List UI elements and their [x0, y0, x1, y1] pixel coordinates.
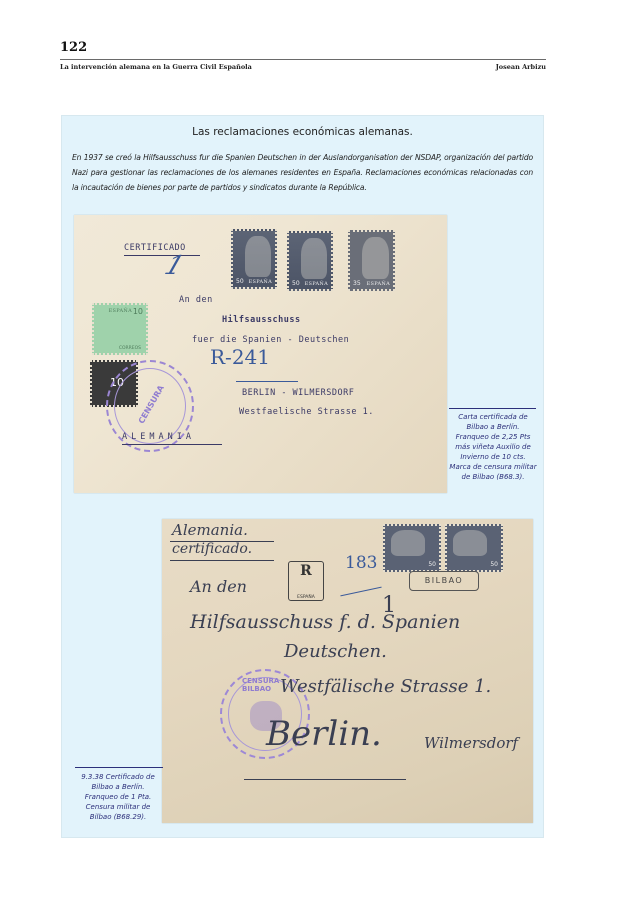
- running-title: La intervención alemana en la Guerra Civ…: [60, 63, 252, 71]
- stamp-country: ESPAÑA: [305, 281, 328, 287]
- stamp-isabel-50: 50: [445, 524, 503, 572]
- envelope-image-2: Alemania. certificado. R ESPAÑA 183 50 5…: [162, 519, 533, 823]
- hand-line-3: Deutschen.: [284, 641, 387, 662]
- stamp-value: 50: [292, 280, 300, 287]
- stamp-country: ESPAÑA: [367, 281, 390, 287]
- stamp-value: 50: [428, 561, 436, 568]
- envelope-image-1: CERTIFICADO 1 50 ESPAÑA 50 ESPAÑA 35 ESP…: [74, 215, 447, 493]
- stamp-label: CORREOS: [119, 346, 141, 351]
- typed-line-4: BERLIN - WILMERSDORF: [242, 388, 354, 398]
- typed-line-3: fuer die Spanien - Deutschen: [192, 335, 349, 345]
- underline: [170, 560, 274, 561]
- bilbao-postmark: BILBAO: [409, 571, 479, 591]
- stamp-country: ESPAÑA: [249, 279, 272, 285]
- stamp-portrait-icon: [301, 238, 327, 279]
- typed-country: ALEMANIA: [122, 432, 195, 442]
- underline: [124, 255, 200, 256]
- stamp-isabel-35: 35 ESPAÑA: [348, 230, 395, 291]
- panel-title: Las reclamaciones económicas alemanas.: [62, 126, 543, 138]
- hand-registration: R-241: [210, 345, 270, 369]
- stamp-country: ESPAÑA: [109, 308, 132, 314]
- hand-line-2: Hilfsausschuss f. d. Spanien: [190, 611, 460, 633]
- stamp-portrait-icon: [362, 237, 389, 279]
- stamp-isabel-50: 50 ESPAÑA: [287, 231, 333, 291]
- caption-envelope-2: 9.3.38 Certificado de Bilbao a Berlín. F…: [75, 772, 161, 822]
- hand-line-4: Westfälische Strasse 1.: [280, 676, 491, 697]
- panel-intro: En 1937 se creó la Hilfsausschuss fur di…: [72, 150, 533, 195]
- caption-rule: [449, 408, 536, 409]
- registration-country: ESPAÑA: [289, 595, 323, 600]
- underline: [244, 779, 406, 780]
- running-author: Josean Arbizu: [496, 63, 546, 71]
- underline: [122, 444, 222, 445]
- header-rule: [60, 59, 546, 60]
- typed-line-1: An den: [179, 295, 213, 305]
- stamp-cid-10: ESPAÑA 10 CORREOS: [92, 303, 148, 355]
- stamp-portrait-icon: [391, 530, 425, 556]
- hand-line-5b: Wilmersdorf: [424, 734, 518, 752]
- registration-box: R ESPAÑA: [288, 561, 324, 601]
- stamp-isabel-50: 50: [383, 524, 441, 572]
- caption-rule: [75, 767, 163, 768]
- typed-line-5: Westfaelische Strasse 1.: [239, 407, 374, 417]
- underline: [340, 587, 381, 597]
- stamp-value: 10: [133, 307, 143, 316]
- registration-letter: R: [289, 563, 323, 579]
- underline: [236, 381, 298, 382]
- stamp-value: 35: [353, 280, 361, 287]
- hand-alemania: Alemania.: [172, 521, 248, 539]
- stamp-portrait-icon: [245, 236, 271, 277]
- hand-number: 183: [345, 553, 377, 573]
- typed-line-2: Hilfsausschuss: [222, 315, 301, 325]
- hand-certificado: certificado.: [172, 541, 252, 557]
- hand-line-5: Berlin.: [266, 714, 382, 754]
- page-number: 122: [60, 40, 87, 55]
- stamp-portrait-icon: [453, 530, 487, 556]
- stamp-value: 50: [236, 278, 244, 285]
- stamp-value: 50: [490, 561, 498, 568]
- content-panel: Las reclamaciones económicas alemanas. E…: [61, 115, 544, 838]
- caption-envelope-1: Carta certificada de Bilbao a Berlín. Fr…: [449, 412, 537, 482]
- stamp-isabel-50: 50 ESPAÑA: [231, 229, 277, 289]
- hand-line-1: An den: [190, 577, 247, 596]
